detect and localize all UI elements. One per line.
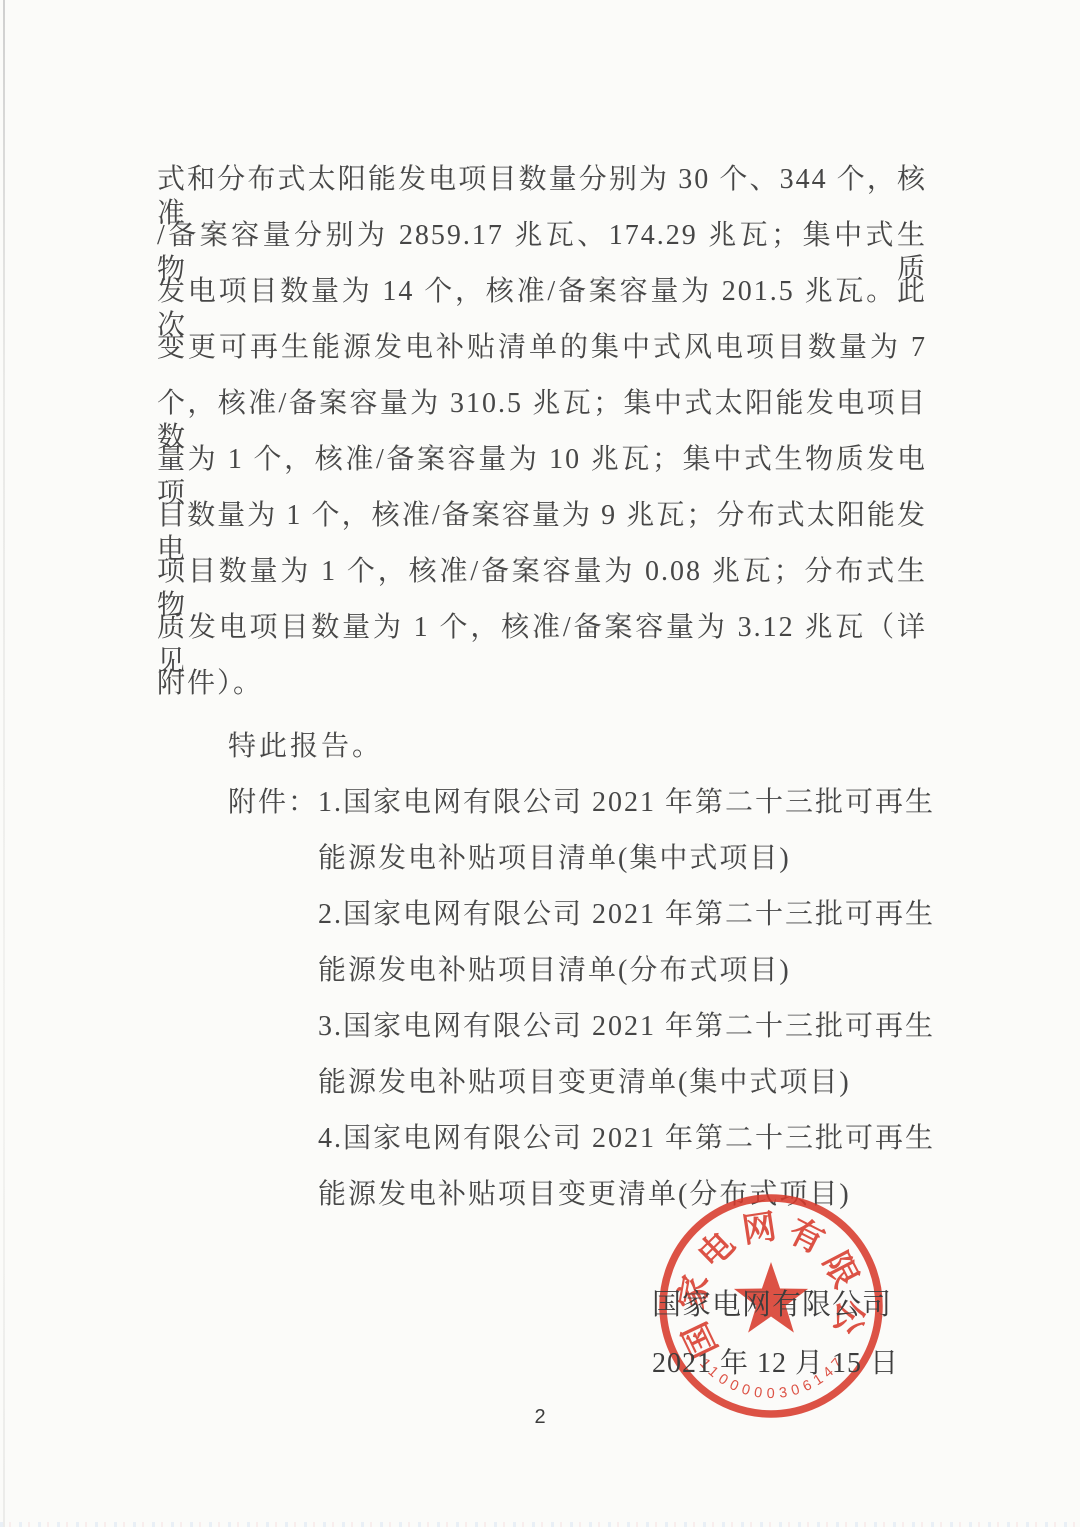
attachments-label: 附件： (228, 780, 318, 820)
attachment-item-line: 能源发电补贴项目变更清单(集中式项目) (318, 1060, 851, 1100)
attachment-item-line: 2.国家电网有限公司 2021 年第二十三批可再生 (318, 892, 935, 932)
attachment-item-line: 4.国家电网有限公司 2021 年第二十三批可再生 (318, 1116, 935, 1156)
signature-date: 2021 年 12 月 15 日 (652, 1341, 899, 1381)
page-number: 2 (0, 1406, 1080, 1429)
attachment-item-line: 3.国家电网有限公司 2021 年第二十三批可再生 (318, 1004, 935, 1044)
closing-line: 特此报告。 (228, 724, 383, 764)
body-line: 变更可再生能源发电补贴清单的集中式风电项目数量为 7 (157, 331, 927, 365)
scan-edge-artifact (3, 0, 5, 1527)
scanned-document-page: 式和分布式太阳能发电项目数量分别为 30 个、344 个，核准 /备案容量分别为… (0, 0, 1080, 1527)
body-line: 附件）。 (157, 667, 927, 701)
attachment-item-line: 能源发电补贴项目清单(分布式项目) (318, 948, 791, 988)
attachment-item-line: 1.国家电网有限公司 2021 年第二十三批可再生 (318, 780, 935, 820)
scan-noise-strip (0, 1522, 1080, 1527)
attachment-item-line: 能源发电补贴项目清单(集中式项目) (318, 836, 791, 876)
signature-company: 国家电网有限公司 (652, 1282, 892, 1323)
